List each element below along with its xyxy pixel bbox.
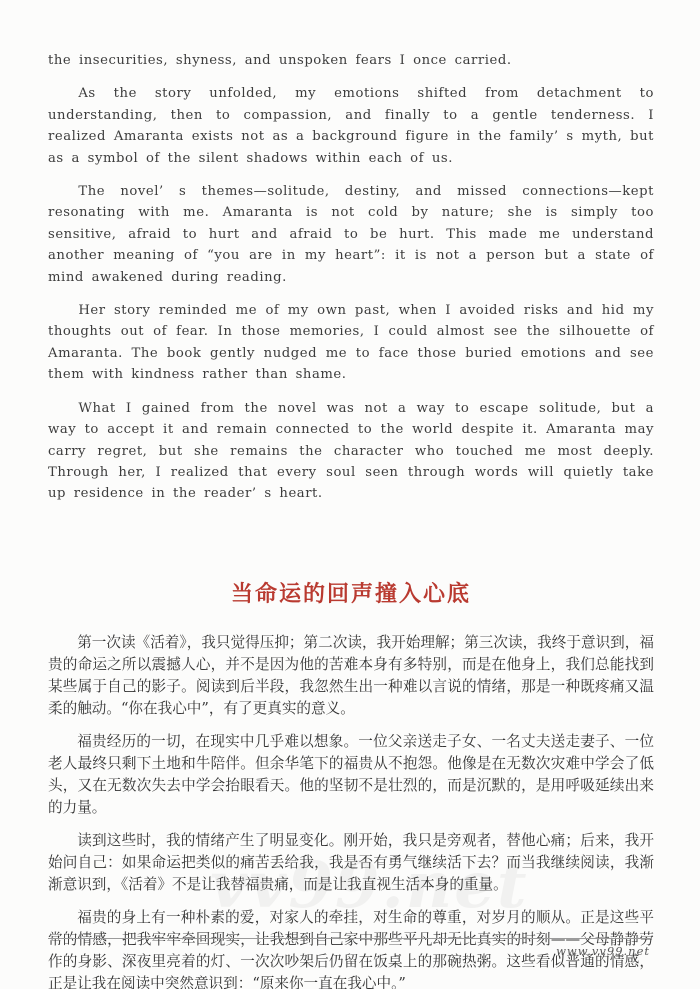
chinese-paragraph-1: 第一次读《活着》，我只觉得压抑；第二次读，我开始理解；第三次读，我终于意识到，福… xyxy=(48,632,654,720)
english-paragraph-4: Her story reminded me of my own past, wh… xyxy=(48,300,654,386)
chinese-paragraph-2: 福贵经历的一切，在现实中几乎难以想象。一位父亲送走子女、一名丈夫送走妻子、一位老… xyxy=(48,731,654,819)
page-content: the insecurities, shyness, and unspoken … xyxy=(0,0,700,989)
footer-url: www.vv99.net xyxy=(556,944,650,958)
english-section: the insecurities, shyness, and unspoken … xyxy=(48,50,654,505)
english-paragraph-2: As the story unfolded, my emotions shift… xyxy=(48,83,654,169)
document-page: vv99.net the insecurities, shyness, and … xyxy=(0,0,700,989)
footer-divider xyxy=(48,938,652,939)
chinese-section: 第一次读《活着》，我只觉得压抑；第二次读，我开始理解；第三次读，我终于意识到，福… xyxy=(48,632,654,989)
english-paragraph-continuation: the insecurities, shyness, and unspoken … xyxy=(48,50,654,71)
chinese-paragraph-3: 读到这些时，我的情绪产生了明显变化。刚开始，我只是旁观者，替他心痛；后来，我开始… xyxy=(48,830,654,896)
article-title: 当命运的回声撞入心底 xyxy=(48,577,654,608)
english-paragraph-3: The novel’ s themes—solitude, destiny, a… xyxy=(48,181,654,288)
english-paragraph-5: What I gained from the novel was not a w… xyxy=(48,398,654,505)
